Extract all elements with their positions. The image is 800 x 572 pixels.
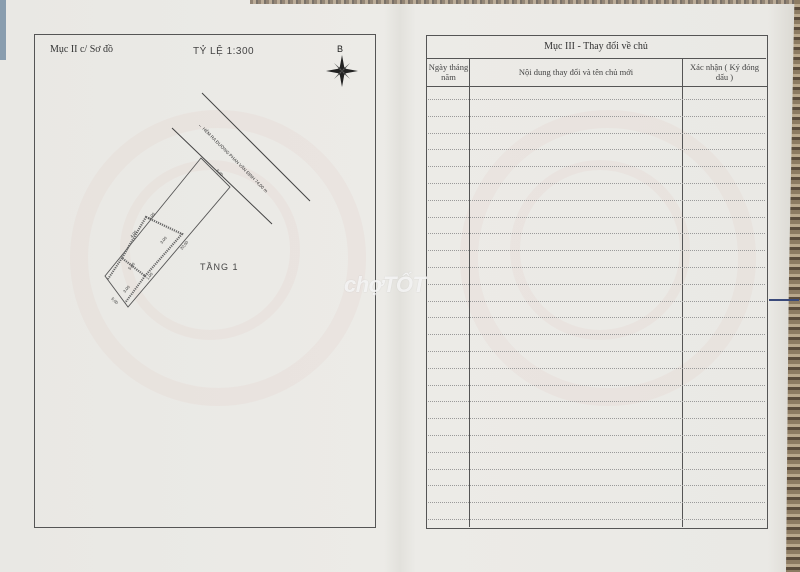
right-section-title: Mục III - Thay đổi về chủ — [426, 35, 766, 59]
table-row-rule — [428, 217, 765, 218]
pen-mark — [769, 299, 799, 301]
road-label: ← HẺM RA ĐƯỜNG PHAN VĂN ĐỊNH 74,00 m — [197, 121, 269, 193]
table-row-rule — [428, 250, 765, 251]
table-row-rule — [428, 267, 765, 268]
inner-dimension: 3,00 — [122, 284, 131, 294]
table-row-rule — [428, 166, 765, 167]
table-row-rule — [428, 351, 765, 352]
table-row-rule — [428, 385, 765, 386]
frontage-dimension: 5,00 — [215, 168, 225, 178]
table-row-rule — [428, 401, 765, 402]
road-edge-outer — [202, 93, 310, 201]
table-row-rule — [428, 317, 765, 318]
table-row-rule — [428, 502, 765, 503]
inner-dimension: 1,00 — [145, 271, 154, 281]
table-row-rule — [428, 284, 765, 285]
header-rule — [426, 86, 767, 87]
column-header-date: Ngày tháng năm — [427, 58, 470, 86]
table-row-rule — [428, 519, 765, 520]
table-row-rule — [428, 99, 765, 100]
watermark: chợTỐT — [344, 272, 425, 298]
column-divider — [469, 58, 470, 527]
column-divider — [682, 58, 683, 527]
right-page-frame — [426, 35, 768, 529]
inner-dimension: 5,00 — [147, 211, 156, 221]
table-row-rule — [428, 435, 765, 436]
table-row-rule — [428, 301, 765, 302]
table-row-rule — [428, 149, 765, 150]
table-row-rule — [428, 485, 765, 486]
table-row-rule — [428, 418, 765, 419]
parcel-outline — [105, 158, 230, 307]
table-row-rule — [428, 469, 765, 470]
table-row-rule — [428, 116, 765, 117]
column-header-content: Nội dung thay đổi và tên chủ mới — [470, 58, 682, 86]
table-row-rule — [428, 200, 765, 201]
table-row-rule — [428, 334, 765, 335]
rear-dimension: 5,00 — [110, 296, 120, 306]
table-row-rule — [428, 183, 765, 184]
column-header-confirm: Xác nhận ( Ký đóng dấu ) — [683, 58, 766, 86]
inner-dimension: 3,00 — [159, 235, 168, 245]
table-row-rule — [428, 233, 765, 234]
table-row-rule — [428, 452, 765, 453]
floor-label: TẦNG 1 — [200, 262, 239, 272]
table-row-rule — [428, 368, 765, 369]
side-dimension: 20,00 — [179, 239, 190, 250]
table-row-rule — [428, 133, 765, 134]
